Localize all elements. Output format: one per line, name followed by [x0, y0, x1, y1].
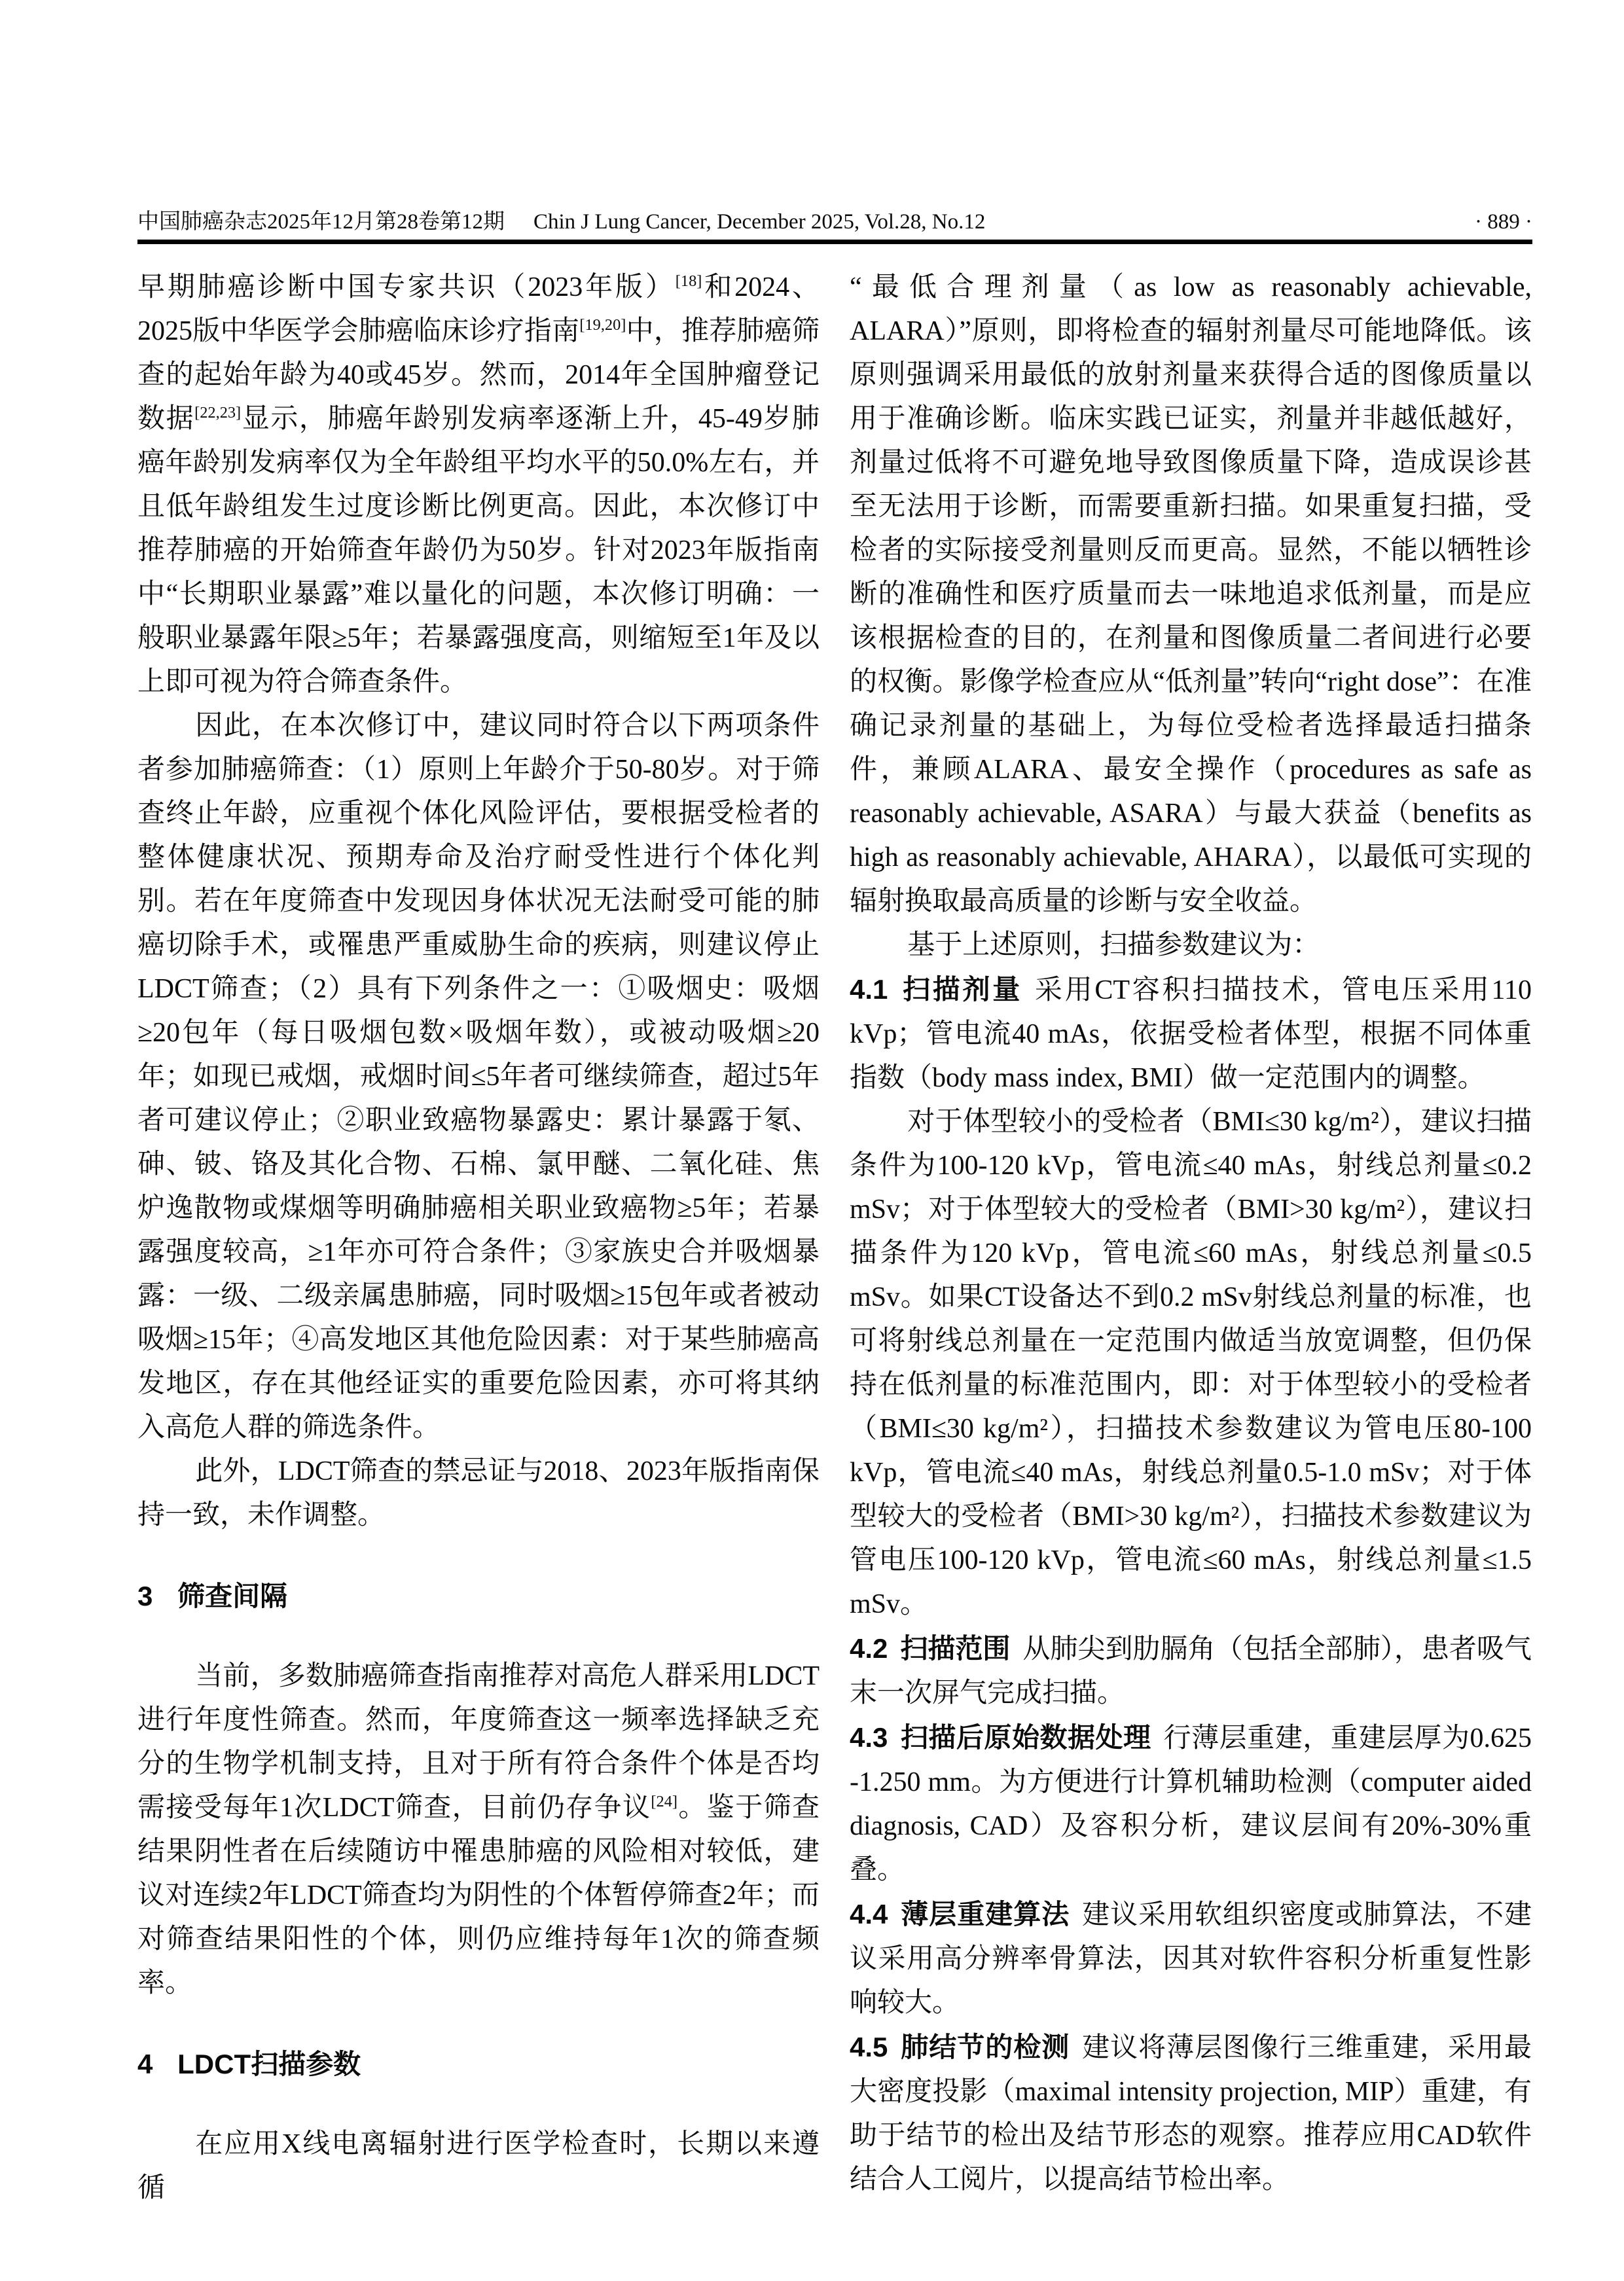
- section-4-3-raw-data-processing: 4.3扫描后原始数据处理行薄层重建，重建层厚为0.625 -1.250 mm。为…: [850, 1715, 1532, 1892]
- runin-heading: 4.5肺结节的检测: [850, 2032, 1070, 2062]
- section-title: 筛查间隔: [177, 1581, 287, 1611]
- runin-heading: 4.2扫描范围: [850, 1633, 1010, 1664]
- column-left: 早期肺癌诊断中国专家共识（2023年版）[18]和2024、2025版中华医学会…: [137, 266, 820, 2210]
- section-term: 薄层重建算法: [900, 1899, 1070, 1930]
- section-4-2-scan-range: 4.2扫描范围从肺尖到肋膈角（包括全部肺），患者吸气末一次屏气完成扫描。: [850, 1626, 1532, 1715]
- paragraph-screening-interval: 当前，多数肺癌筛查指南推荐对高危人群采用LDCT进行年度性筛查。然而，年度筛查这…: [137, 1655, 820, 2005]
- section-number: 4.2: [850, 1633, 888, 1664]
- paragraph-alara-principle: “最低合理剂量（as low as reasonably achievable,…: [850, 266, 1532, 924]
- runin-heading: 4.3扫描后原始数据处理: [850, 1722, 1151, 1753]
- section-number: 4.1: [850, 974, 888, 1005]
- paragraph-scan-params-intro: 基于上述原则，扫描参数建议为：: [850, 924, 1532, 967]
- section-term: 扫描后原始数据处理: [900, 1722, 1151, 1753]
- reference-marker-22-23: [22,23]: [194, 404, 241, 422]
- paragraph-bmi-dose-details: 对于体型较小的受检者（BMI≤30 kg/m²），建议扫描条件为100-120 …: [850, 1100, 1532, 1626]
- section-term: 扫描范围: [900, 1633, 1010, 1664]
- section-heading-4: 4LDCT扫描参数: [137, 2042, 820, 2086]
- text-run: 早期肺癌诊断中国专家共识（2023年版）: [137, 272, 676, 302]
- page-header: 中国肺癌杂志2025年12月第28卷第12期Chin J Lung Cancer…: [137, 204, 1532, 235]
- section-number: 4.4: [850, 1899, 888, 1930]
- runin-heading: 4.1扫描剂量: [850, 974, 1022, 1005]
- section-number: 3: [137, 1581, 153, 1611]
- section-title: LDCT扫描参数: [177, 2049, 361, 2079]
- text-run: 显示，肺癌年龄别发病率逐渐上升，45-49岁肺癌年龄别发病率仅为全年龄组平均水平…: [137, 404, 820, 697]
- column-right: “最低合理剂量（as low as reasonably achievable,…: [850, 266, 1532, 2210]
- section-4-5-nodule-detection: 4.5肺结节的检测建议将薄层图像行三维重建，采用最大密度投影（maximal i…: [850, 2025, 1532, 2202]
- journal-title-chinese: 中国肺癌杂志2025年12月第28卷第12期: [137, 210, 505, 234]
- section-4-1-scan-dose: 4.1扫描剂量采用CT容积扫描技术，管电压采用110 kVp；管电流40 mAs…: [850, 967, 1532, 1100]
- page-number: · 889 ·: [1475, 210, 1532, 234]
- section-number: 4.5: [850, 2032, 888, 2062]
- journal-citation: 中国肺癌杂志2025年12月第28卷第12期Chin J Lung Cancer…: [137, 204, 985, 235]
- section-4-4-reconstruction-algorithm: 4.4薄层重建算法建议采用软组织密度或肺算法，不建议采用高分辨率骨算法，因其对软…: [850, 1892, 1532, 2025]
- section-number: 4: [137, 2049, 153, 2079]
- journal-page: 中国肺癌杂志2025年12月第28卷第12期Chin J Lung Cancer…: [0, 0, 1624, 2281]
- reference-marker-18: [18]: [676, 272, 702, 290]
- section-term: 肺结节的检测: [900, 2032, 1070, 2062]
- runin-heading: 4.4薄层重建算法: [850, 1899, 1070, 1930]
- paragraph-xray-principle-lead: 在应用X线电离辐射进行医学检查时，长期以来遵循: [137, 2123, 820, 2210]
- paragraph-high-risk-criteria: 因此，在本次修订中，建议同时符合以下两项条件者参加肺癌筛查：（1）原则上年龄介于…: [137, 704, 820, 1450]
- paragraph-screening-age: 早期肺癌诊断中国专家共识（2023年版）[18]和2024、2025版中华医学会…: [137, 266, 820, 704]
- section-term: 扫描剂量: [900, 974, 1022, 1005]
- reference-marker-19-20: [19,20]: [579, 316, 626, 334]
- paragraph-contraindication: 此外，LDCT筛查的禁忌证与2018、2023年版指南保持一致，未作调整。: [137, 1450, 820, 1537]
- header-rule: [137, 240, 1532, 244]
- article-body: 早期肺癌诊断中国专家共识（2023年版）[18]和2024、2025版中华医学会…: [137, 266, 1532, 2210]
- section-number: 4.3: [850, 1722, 888, 1753]
- reference-marker-24: [24]: [651, 1793, 677, 1810]
- journal-title-english: Chin J Lung Cancer, December 2025, Vol.2…: [533, 210, 985, 234]
- section-heading-3: 3筛查间隔: [137, 1574, 820, 1618]
- text-run: 。鉴于筛查结果阴性者在后续随访中罹患肺癌的风险相对较低，建议对连续2年LDCT筛…: [137, 1793, 820, 1998]
